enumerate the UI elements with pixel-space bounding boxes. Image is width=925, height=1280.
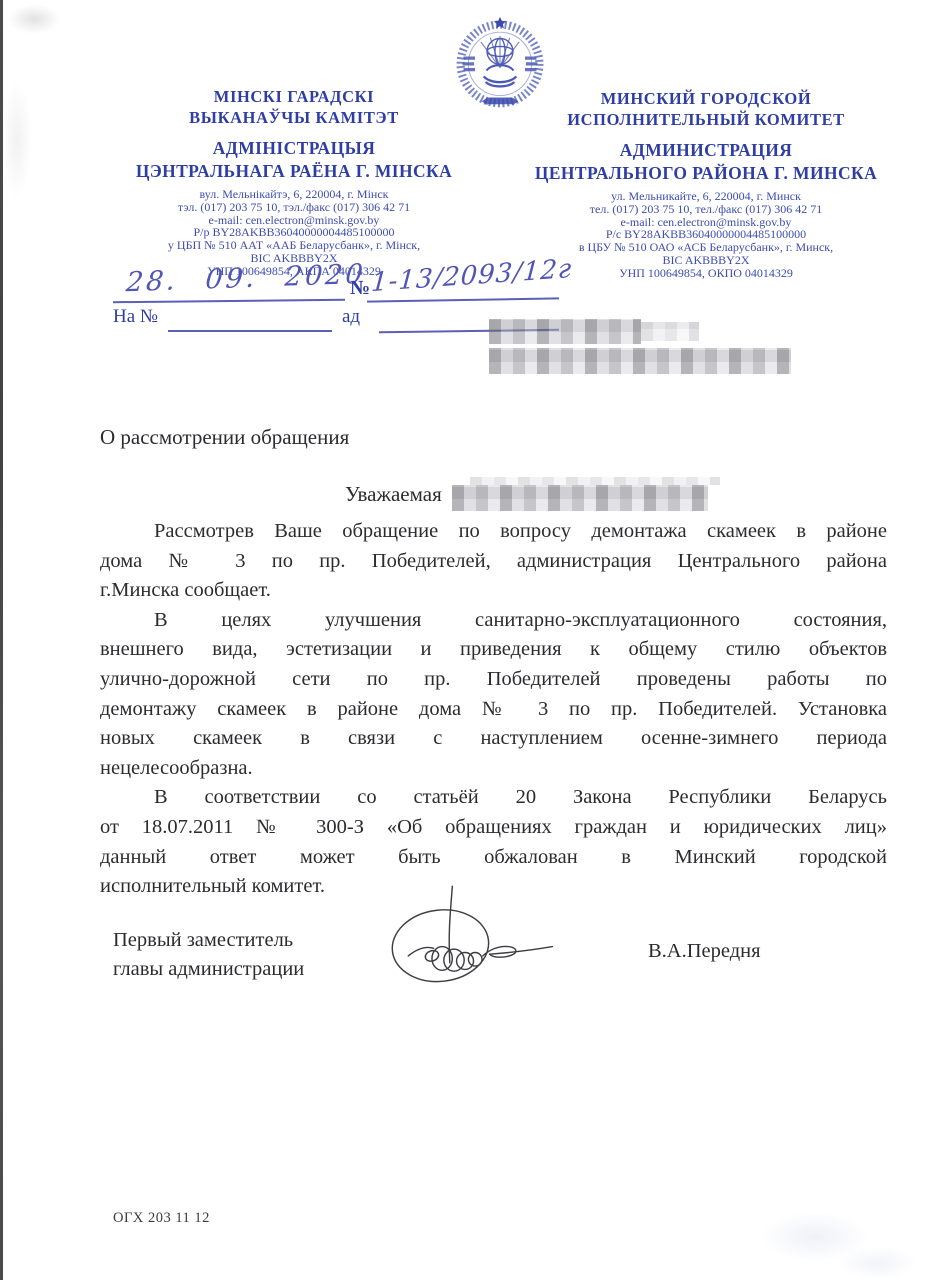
- number-underline: [367, 297, 559, 302]
- scan-smudge: [838, 1246, 918, 1280]
- signer-name: В.А.Передня: [648, 940, 761, 963]
- salutation: Уважаемая: [345, 482, 442, 507]
- body-line: от 18.07.2011 № 300-З «Об обращениях гра…: [100, 813, 887, 843]
- body-line: новых скамеек в связи с наступлением осе…: [100, 724, 887, 754]
- body-line: нецелесообразна.: [100, 754, 887, 784]
- address-line: вул. Мельнікайтэ, 6, 220004, г. Мінск: [108, 188, 480, 201]
- body-line: г.Минска сообщает.: [100, 576, 887, 606]
- scan-smudge: [8, 4, 60, 34]
- body-line: внешнего вида, эстетизации и приведения …: [100, 635, 887, 665]
- body-line: Рассмотрев Ваше обращение по вопросу дем…: [100, 517, 887, 547]
- admin-name-line: ЦЭНТРАЛЬНАГА РАЁНА Г. МІНСКА: [108, 160, 480, 183]
- body-line: В соответствии со статьёй 20 Закона Респ…: [100, 783, 887, 813]
- letterhead-belarusian: МІНСКІ ГАРАДСКІ ВЫКАНАЎЧЫ КАМІТЭТ АДМІНІ…: [108, 86, 480, 278]
- body-line: данный ответ может быть обжалован в Минс…: [100, 843, 887, 873]
- phone-line: тел. (017) 203 75 10, тел./факс (017) 30…: [502, 203, 910, 216]
- admin-name-line: АДМИНИСТРАЦИЯ: [502, 139, 910, 162]
- signer-position: Первый заместитель главы администрации: [113, 926, 304, 984]
- letter-body: Рассмотрев Ваше обращение по вопросу дем…: [100, 517, 887, 902]
- letter-subject: О рассмотрении обращения: [100, 425, 349, 450]
- org-name-line: МІНСКІ ГАРАДСКІ: [108, 86, 480, 107]
- handwritten-signature: [376, 872, 588, 994]
- body-line: улично-дорожной сети по пр. Победителей …: [100, 665, 887, 695]
- org-name-line: ИСПОЛНИТЕЛЬНЫЙ КОМИТЕТ: [502, 109, 910, 130]
- body-line: В целях улучшения санитарно-эксплуатацио…: [100, 606, 887, 636]
- org-name-line: ВЫКАНАЎЧЫ КАМІТЭТ: [108, 107, 480, 128]
- recipient-name-redacted: [489, 319, 641, 344]
- admin-name-line: ЦЕНТРАЛЬНОГО РАЙОНА Г. МИНСКА: [502, 162, 910, 185]
- salutation-redaction-halo: [470, 477, 720, 485]
- signer-position-line: Первый заместитель: [113, 926, 304, 955]
- recipient-address-redacted: [489, 348, 791, 374]
- phone-line: тэл. (017) 203 75 10, тэл./факс (017) 30…: [108, 201, 480, 214]
- recipient-redaction-trail: [641, 322, 699, 341]
- scan-edge-line: [0, 0, 3, 1280]
- admin-name-line: АДМІНІСТРАЦЫЯ: [108, 137, 480, 160]
- reply-to-label: На №: [113, 306, 158, 328]
- document-index-code: ОГХ 203 11 12: [113, 1210, 210, 1227]
- body-line: демонтажу скамеек в районе дома № 3 по п…: [100, 695, 887, 725]
- scan-smudge: [760, 1212, 870, 1262]
- scanned-letter-page: МІНСКІ ГАРАДСКІ ВЫКАНАЎЧЫ КАМІТЭТ АДМІНІ…: [0, 0, 925, 1280]
- signer-position-line: главы администрации: [113, 955, 304, 984]
- org-name-line: МИНСКИЙ ГОРОДСКОЙ: [502, 88, 910, 109]
- letterhead-russian: МИНСКИЙ ГОРОДСКОЙ ИСПОЛНИТЕЛЬНЫЙ КОМИТЕТ…: [502, 88, 910, 280]
- salutation-text: Уважаемая: [345, 482, 442, 506]
- from-label: ад: [342, 306, 360, 328]
- scan-smudge: [2, 80, 32, 200]
- reply-underline: [168, 330, 332, 332]
- body-line: дома № 3 по пр. Победителей, администрац…: [100, 547, 887, 577]
- number-sign: №: [350, 277, 370, 300]
- date-underline: [113, 299, 345, 303]
- salutation-name-redacted: [452, 485, 708, 511]
- address-line: ул. Мельникайте, 6, 220004, г. Минск: [502, 190, 910, 203]
